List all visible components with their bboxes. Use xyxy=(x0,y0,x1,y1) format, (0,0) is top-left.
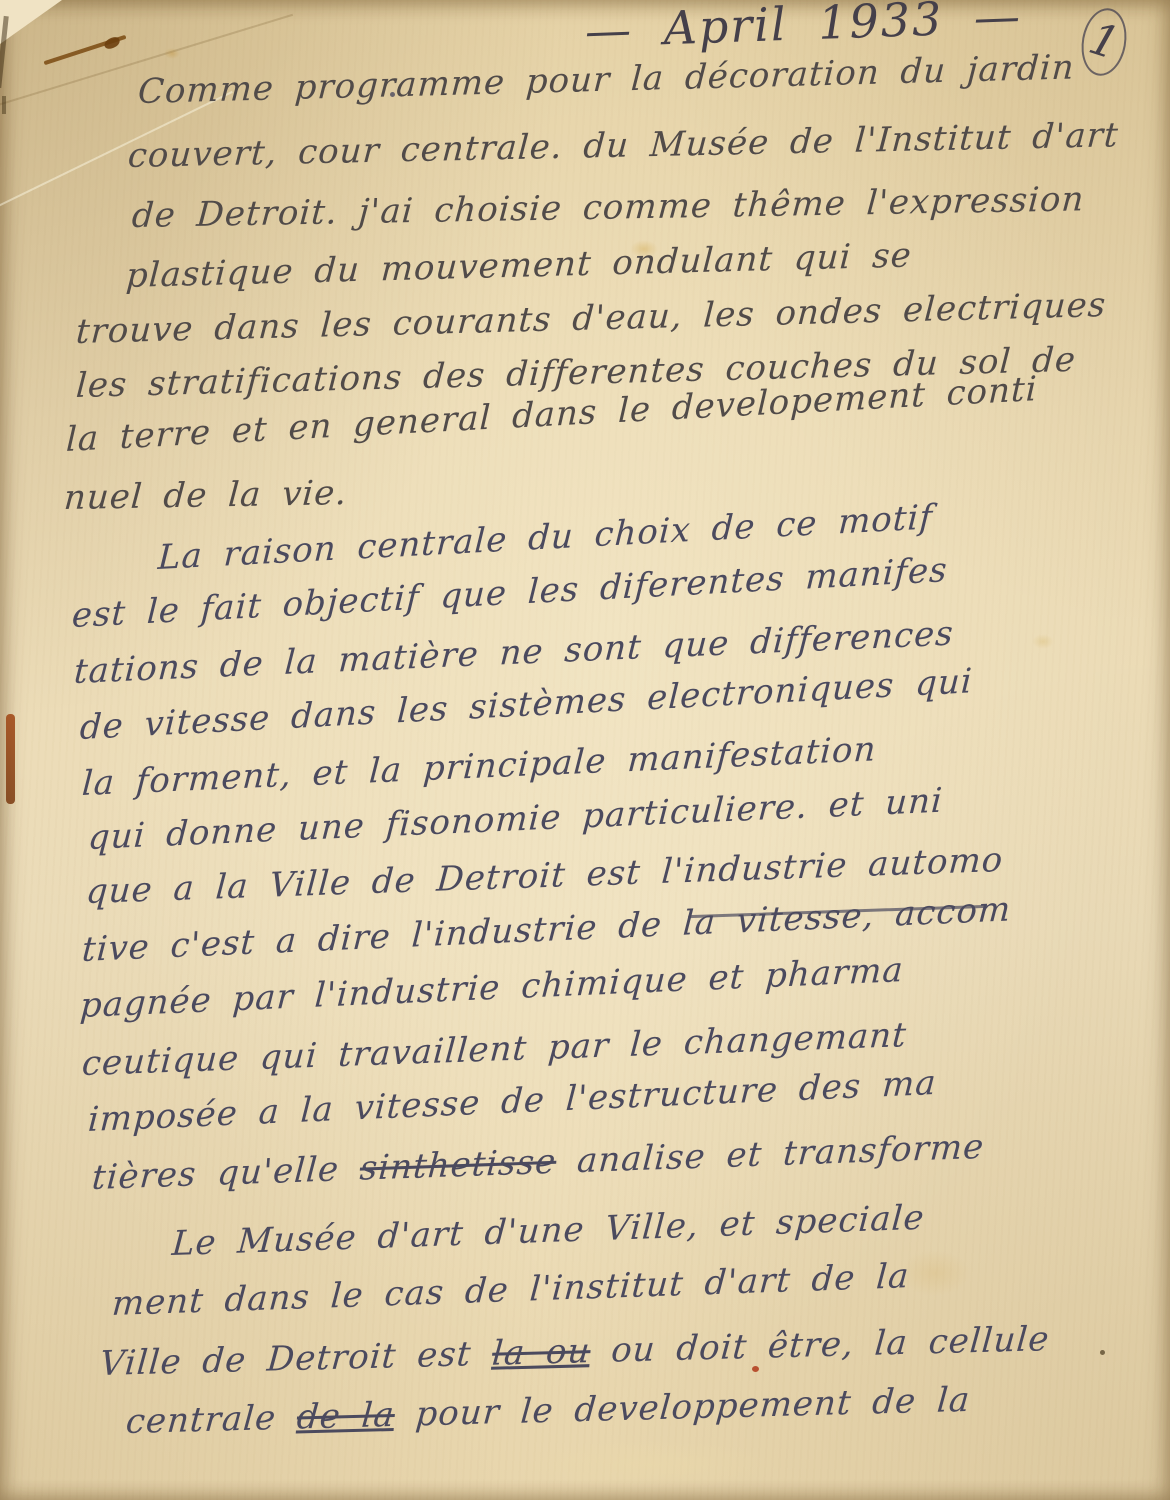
manuscript-page: — April 1933 — 1 Comme programme pour la… xyxy=(0,0,1170,1500)
line-text: trouve dans les courants d'eau, les onde… xyxy=(75,285,1108,352)
line-text: analise et transforme xyxy=(555,1127,986,1182)
edge-mark xyxy=(2,96,6,114)
scratch-stain-blob xyxy=(103,36,121,51)
line-text: ou doit être, la cellule xyxy=(589,1319,1051,1371)
page-number-circle: 1 xyxy=(1076,5,1131,80)
yellow-stain xyxy=(1032,634,1054,649)
date-header: — April 1933 — xyxy=(584,0,1023,58)
line-text: plastique du mouvement ondulant qui se xyxy=(125,235,913,296)
yellow-stain xyxy=(164,48,180,59)
handwritten-line: Le Musée d'art d'une Ville, et speciale xyxy=(171,1198,926,1264)
line-text: pour le developpement de la xyxy=(393,1380,972,1435)
handwritten-line: ment dans le cas de l'institut d'art de … xyxy=(111,1256,911,1324)
line-text: ment dans le cas de l'institut d'art de … xyxy=(111,1256,911,1324)
red-stain-left-edge xyxy=(6,714,15,804)
line-text: couvert, cour centrale. du Musée de l'In… xyxy=(127,115,1120,176)
ink-fleck xyxy=(1100,1350,1105,1355)
line-text: tières qu'elle xyxy=(91,1149,362,1198)
handwritten-line: Ville de Detroit est la ou ou doit être,… xyxy=(98,1319,1051,1384)
line-text: centrale xyxy=(124,1397,298,1442)
handwritten-line: trouve dans les courants d'eau, les onde… xyxy=(75,285,1108,352)
handwritten-line: nuel de la vie. xyxy=(63,473,349,518)
handwritten-line: de Detroit. j'ai choisie comme thême l'e… xyxy=(131,179,1086,236)
handwritten-line: plastique du mouvement ondulant qui se xyxy=(125,235,913,296)
page-number: 1 xyxy=(1084,17,1124,67)
line-text: nuel de la vie. xyxy=(63,473,349,518)
torn-corner xyxy=(0,0,62,44)
struck-text: de la xyxy=(295,1395,396,1438)
handwritten-line: centrale de la pour le developpement de … xyxy=(124,1380,971,1442)
struck-text: la ou xyxy=(491,1331,592,1374)
light-blotch xyxy=(520,1440,780,1490)
handwritten-line: couvert, cour centrale. du Musée de l'In… xyxy=(127,115,1120,176)
struck-text: sinthetisse xyxy=(359,1142,558,1189)
line-text: Ville de Detroit est xyxy=(98,1334,493,1384)
line-text: de Detroit. j'ai choisie comme thême l'e… xyxy=(131,179,1086,236)
line-text: Le Musée d'art d'une Ville, et speciale xyxy=(171,1198,926,1264)
handwritten-line: tières qu'elle sinthetisse analise et tr… xyxy=(91,1127,986,1198)
